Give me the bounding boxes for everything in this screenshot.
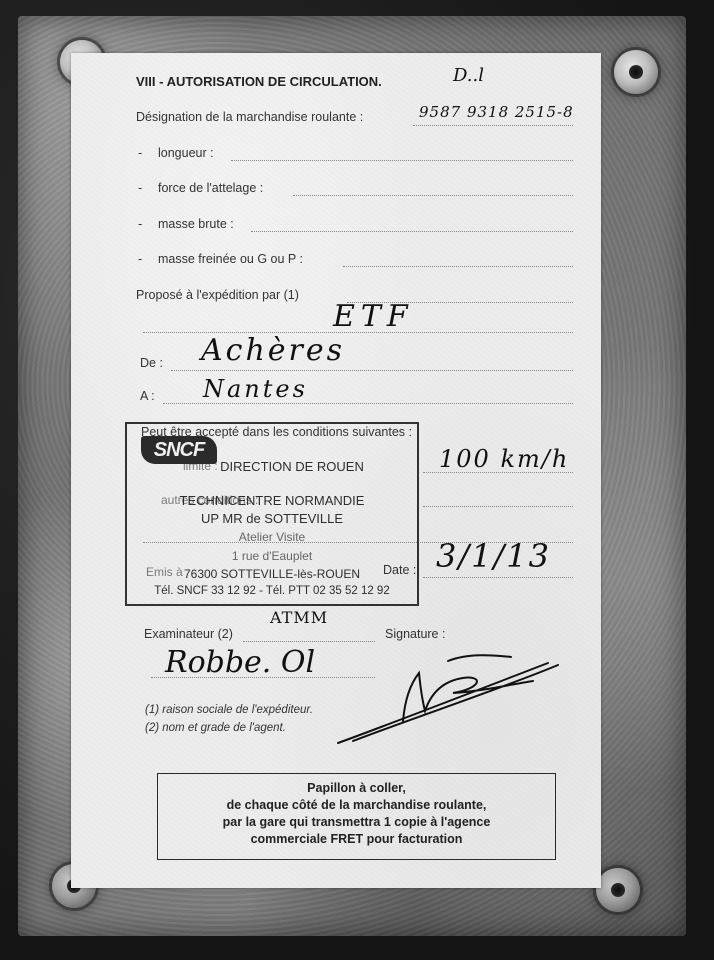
field-masse-freinee-label: masse freinée ou G ou P : [158, 252, 303, 266]
notice-line: par la gare qui transmettra 1 copie à l'… [158, 814, 555, 831]
title-annotation: D..l [453, 65, 484, 86]
field-masse-brute-label: masse brute : [158, 217, 234, 231]
notice-line: de chaque côté de la marchandise roulant… [158, 797, 555, 814]
proposed-label: Proposé à l'expédition par (1) [136, 288, 299, 302]
examiner-grade[interactable]: ATMM [270, 608, 328, 627]
field-longueur-input[interactable] [231, 160, 573, 161]
stamp-line: UP MR de SOTTEVILLE [127, 511, 417, 526]
examiner-name[interactable]: Robbe. Ol [165, 645, 315, 680]
stamp-line: Tél. SNCF 33 12 92 - Tél. PTT 02 35 52 1… [127, 585, 417, 597]
stamp-line: DIRECTION DE ROUEN [127, 459, 417, 474]
notice-line: commerciale FRET pour facturation [158, 831, 555, 848]
to-dotted-line [163, 403, 573, 404]
signature-scribble [333, 643, 563, 753]
notice-line: Papillon à coller, [158, 780, 555, 797]
field-dash: - [138, 181, 142, 195]
examiner-dotted-line [243, 641, 375, 642]
field-dash: - [138, 252, 142, 266]
date-dotted-line [423, 577, 573, 578]
from-value[interactable]: Achères [201, 333, 345, 368]
notice-box: Papillon à coller, de chaque côté de la … [157, 773, 556, 860]
stamp-line: TECHNICENTRE NORMANDIE [127, 493, 417, 508]
stamp-line: Atelier Visite [127, 530, 417, 544]
field-masse-freinee-input[interactable] [343, 266, 573, 267]
examiner-label: Examinateur (2) [144, 627, 233, 641]
stamp-line: 1 rue d'Eauplet [127, 549, 417, 563]
field-dash: - [138, 217, 142, 231]
date-value[interactable]: 3/1/13 [436, 537, 551, 575]
field-dash: - [138, 146, 142, 160]
screw-icon [614, 50, 658, 94]
to-label: A : [140, 389, 155, 403]
field-attelage-input[interactable] [293, 195, 573, 196]
screw-icon [596, 868, 640, 912]
field-masse-brute-input[interactable] [251, 231, 573, 232]
footnote-1: (1) raison sociale de l'expéditeur. [145, 704, 313, 716]
designation-dotted-line [413, 125, 573, 126]
field-longueur-label: longueur : [158, 146, 214, 160]
designation-label: Désignation de la marchandise roulante : [136, 110, 363, 124]
sncf-stamp: SNCF DIRECTION DE ROUEN TECHNICENTRE NOR… [125, 422, 419, 606]
form-title: VIII - AUTORISATION DE CIRCULATION. [136, 74, 382, 89]
circulation-authorization-form: VIII - AUTORISATION DE CIRCULATION. D..l… [71, 53, 601, 888]
to-value[interactable]: Nantes [203, 375, 308, 403]
from-dotted-line [171, 370, 573, 371]
footnote-2: (2) nom et grade de l'agent. [145, 722, 286, 734]
speed-value[interactable]: 100 km/h [439, 445, 569, 473]
proposed-value[interactable]: ETF [333, 299, 414, 334]
stamp-line: 76300 SOTTEVILLE-lès-ROUEN [127, 567, 417, 581]
signature-label: Signature : [385, 627, 445, 641]
other-conditions-dotted-line [423, 506, 573, 507]
from-label: De : [140, 356, 163, 370]
field-attelage-label: force de l'attelage : [158, 181, 263, 195]
designation-value[interactable]: 9587 9318 2515-8 [419, 103, 574, 121]
